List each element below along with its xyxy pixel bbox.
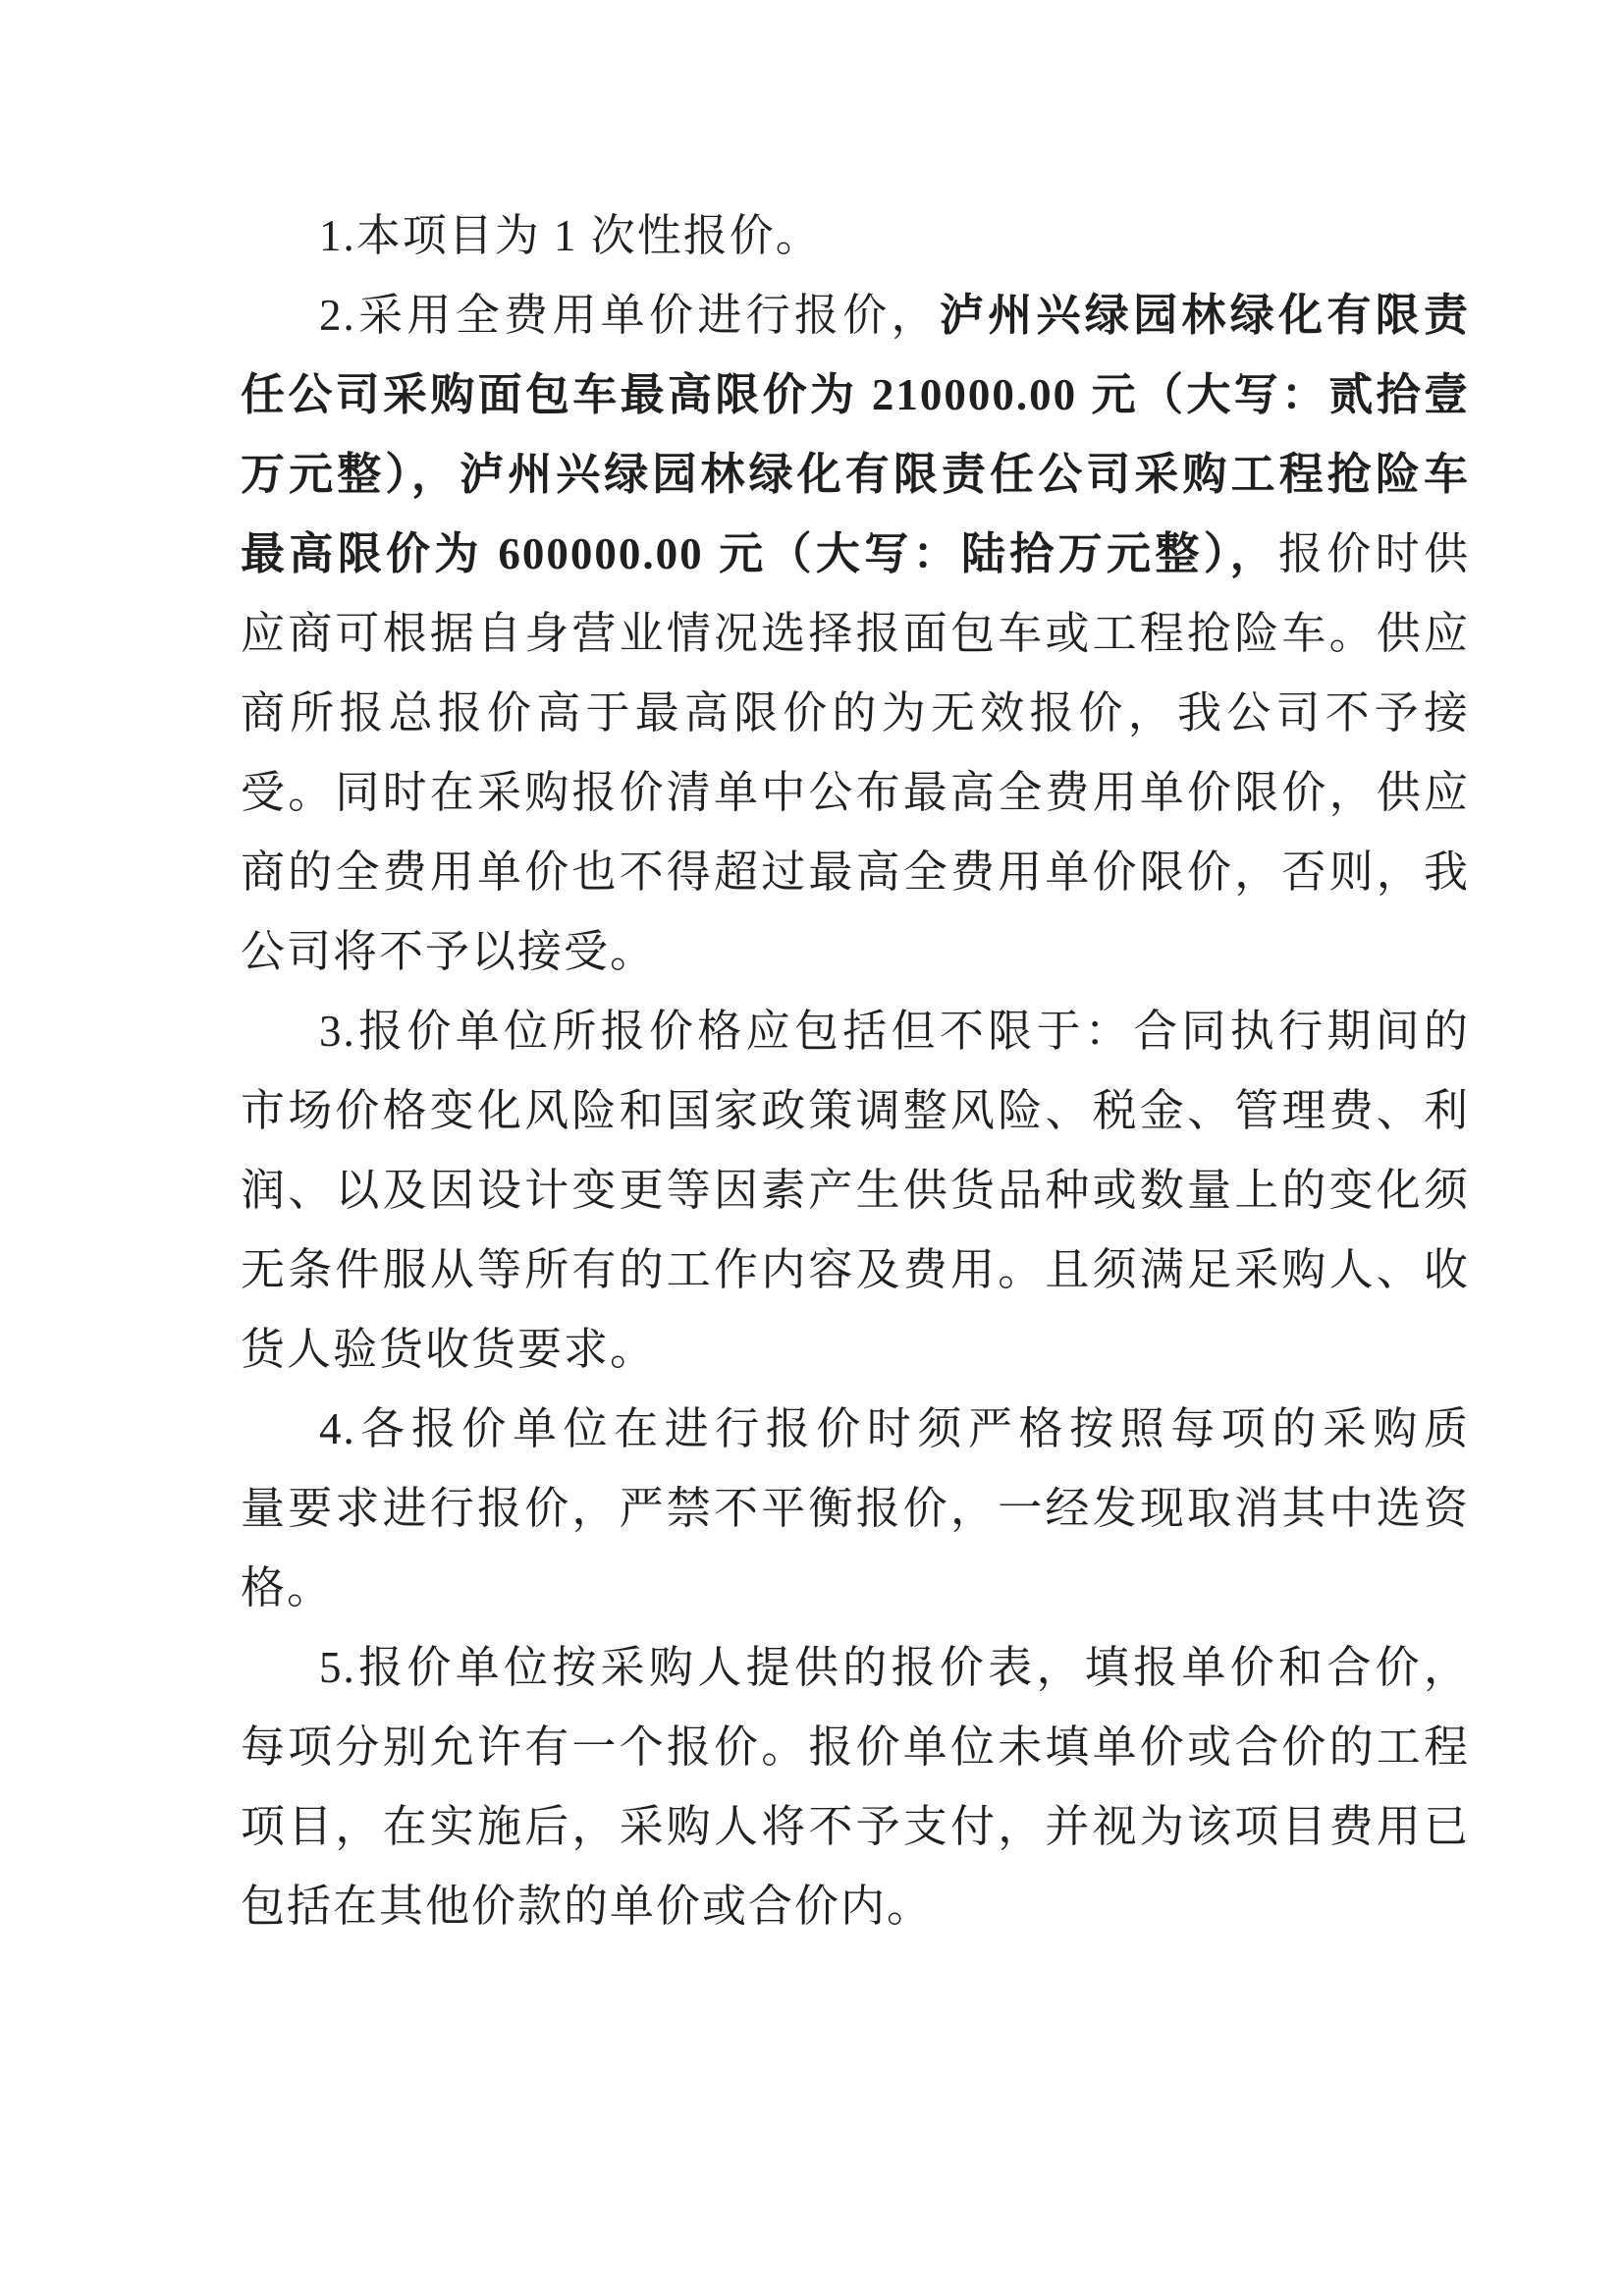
text-line: 无条件服从等所有的工作内容及费用。且须满足采购人、收 — [241, 1230, 1470, 1310]
text-run: 受。同时在采购报价清单中公布最高全费用单价限价，供应 — [241, 768, 1470, 817]
scanned-page: 1.本项目为 1 次性报价。2.采用全费用单价进行报价，泸州兴绿园林绿化有限责任… — [0, 0, 1623, 2296]
text-line: 5.报价单位按采购人提供的报价表，填报单价和合价， — [241, 1628, 1470, 1708]
text-run: 任公司采购面包车最高限价为 210000.00 元（大写：贰拾壹 — [241, 370, 1470, 419]
text-run: 无条件服从等所有的工作内容及费用。且须满足采购人、收 — [241, 1245, 1470, 1294]
text-run: 最高限价为 600000.00 元（大写：陆拾万元整）， — [241, 529, 1278, 578]
text-run: 包括在其他价款的单价或合价内。 — [241, 1882, 933, 1931]
text-run: 公司将不予以接受。 — [241, 927, 656, 976]
text-run: 润、以及因设计变更等因素产生供货品种或数量上的变化须 — [241, 1166, 1470, 1215]
text-run: 1.本项目为 1 次性报价。 — [319, 211, 822, 260]
text-line: 应商可根据自身营业情况选择报面包车或工程抢险车。供应 — [241, 594, 1470, 674]
text-run: 万元整），泸州兴绿园林绿化有限责任公司采购工程抢险车 — [241, 450, 1470, 499]
text-line: 润、以及因设计变更等因素产生供货品种或数量上的变化须 — [241, 1151, 1470, 1230]
text-run: 3.报价单位所报价格应包括但不限于：合同执行期间的 — [319, 1007, 1470, 1056]
text-line: 包括在其他价款的单价或合价内。 — [241, 1867, 1470, 1946]
text-run: 每项分别允许有一个报价。报价单位未填单价或合价的工程 — [241, 1722, 1470, 1772]
text-run: 量要求进行报价，严禁不平衡报价，一经发现取消其中选资 — [241, 1484, 1470, 1533]
text-run: 格。 — [241, 1563, 333, 1613]
text-run: 商的全费用单价也不得超过最高全费用单价限价，否则，我 — [241, 847, 1470, 897]
text-line: 万元整），泸州兴绿园林绿化有限责任公司采购工程抢险车 — [241, 435, 1470, 515]
text-line: 任公司采购面包车最高限价为 210000.00 元（大写：贰拾壹 — [241, 355, 1470, 435]
text-run: 5.报价单位按采购人提供的报价表，填报单价和合价， — [319, 1643, 1470, 1692]
text-line: 市场价格变化风险和国家政策调整风险、税金、管理费、利 — [241, 1071, 1470, 1151]
text-run: 4.各报价单位在进行报价时须严格按照每项的采购质 — [319, 1404, 1470, 1453]
text-run: 市场价格变化风险和国家政策调整风险、税金、管理费、利 — [241, 1086, 1470, 1135]
text-line: 格。 — [241, 1549, 1470, 1628]
text-line: 每项分别允许有一个报价。报价单位未填单价或合价的工程 — [241, 1708, 1470, 1787]
text-line: 受。同时在采购报价清单中公布最高全费用单价限价，供应 — [241, 753, 1470, 833]
text-line: 3.报价单位所报价格应包括但不限于：合同执行期间的 — [241, 992, 1470, 1071]
text-line: 2.采用全费用单价进行报价，泸州兴绿园林绿化有限责 — [241, 276, 1470, 355]
text-line: 1.本项目为 1 次性报价。 — [241, 196, 1470, 276]
text-run: 报价时供 — [1278, 529, 1470, 578]
text-run: 应商可根据自身营业情况选择报面包车或工程抢险车。供应 — [241, 609, 1470, 658]
text-line: 货人验货收货要求。 — [241, 1310, 1470, 1390]
text-run: 商所报总报价高于最高限价的为无效报价，我公司不予接 — [241, 688, 1470, 738]
text-run: 泸州兴绿园林绿化有限责 — [940, 291, 1470, 340]
text-run: 2.采用全费用单价进行报价， — [319, 291, 940, 340]
text-line: 最高限价为 600000.00 元（大写：陆拾万元整），报价时供 — [241, 515, 1470, 594]
text-line: 项目，在实施后，采购人将不予支付，并视为该项目费用已 — [241, 1787, 1470, 1867]
text-run: 货人验货收货要求。 — [241, 1325, 656, 1374]
text-line: 商的全费用单价也不得超过最高全费用单价限价，否则，我 — [241, 833, 1470, 912]
text-line: 商所报总报价高于最高限价的为无效报价，我公司不予接 — [241, 674, 1470, 753]
text-run: 项目，在实施后，采购人将不予支付，并视为该项目费用已 — [241, 1802, 1470, 1851]
document-body: 1.本项目为 1 次性报价。2.采用全费用单价进行报价，泸州兴绿园林绿化有限责任… — [241, 196, 1470, 1946]
text-line: 量要求进行报价，严禁不平衡报价，一经发现取消其中选资 — [241, 1469, 1470, 1549]
text-line: 4.各报价单位在进行报价时须严格按照每项的采购质 — [241, 1390, 1470, 1469]
text-line: 公司将不予以接受。 — [241, 912, 1470, 992]
